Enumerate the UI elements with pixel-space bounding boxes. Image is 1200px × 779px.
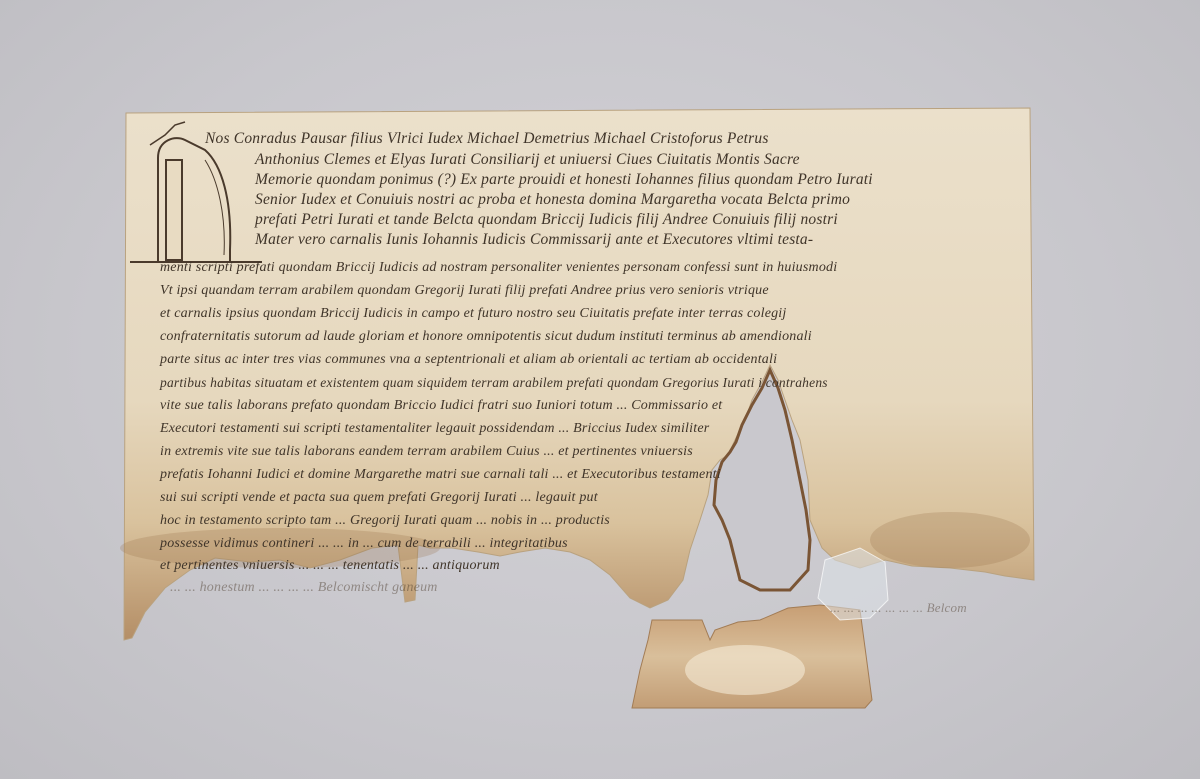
text-line: Executori testamenti sui scripti testame… [160, 421, 709, 437]
manuscript-text: Nos Conradus Pausar filius Vlrici Iudex … [0, 0, 1200, 779]
text-line: prefati Petri Iurati et tande Belcta quo… [255, 211, 838, 229]
text-line: in extremis vite sue talis laborans eand… [160, 444, 693, 460]
text-line: Senior Iudex et Conuiuis nostri ac proba… [255, 191, 850, 209]
text-line-faded: ... ... honestum ... ... ... ... Belcomi… [170, 580, 438, 596]
text-line: prefatis Iohanni Iudici et domine Margar… [160, 467, 721, 483]
text-line: et pertinentes vniuersis ... ... ... ten… [160, 558, 500, 574]
text-line: sui sui scripti vende et pacta sua quem … [160, 490, 598, 506]
text-line: possesse vidimus contineri ... ... in ..… [160, 536, 568, 552]
text-line: hoc in testamento scripto tam ... Gregor… [160, 513, 610, 529]
text-line-faded: ... ... ... ... ... ... ... Belcom [830, 600, 967, 616]
text-line: Memorie quondam ponimus (?) Ex parte pro… [255, 171, 873, 189]
text-line: et carnalis ipsius quondam Briccij Iudic… [160, 306, 787, 322]
text-line: confraternitatis sutorum ad laude gloria… [160, 329, 812, 345]
text-line: Vt ipsi quandam terram arabilem quondam … [160, 283, 769, 299]
text-line: parte situs ac inter tres vias communes … [160, 352, 777, 368]
text-line: Mater vero carnalis Iunis Iohannis Iudic… [255, 231, 813, 249]
text-line: Nos Conradus Pausar filius Vlrici Iudex … [205, 130, 769, 148]
text-line: vite sue talis laborans prefato quondam … [160, 398, 722, 414]
text-line: partibus habitas situatam et existentem … [160, 375, 828, 391]
text-line: Anthonius Clemes et Elyas Iurati Consili… [255, 151, 800, 169]
text-line: menti scripti prefati quondam Briccij Iu… [160, 260, 837, 276]
